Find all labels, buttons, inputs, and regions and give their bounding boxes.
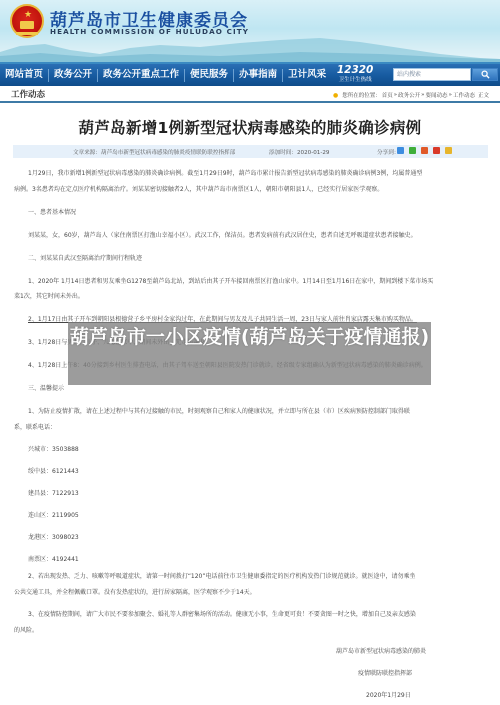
breadcrumb-news[interactable]: 要闻动态 [426,91,448,99]
paragraph: 系，联系电话： [14,424,488,432]
site-banner: ★ 葫芦岛市卫生健康委员会 HEALTH COMMISSION OF HULUD… [0,0,500,64]
breadcrumb-home[interactable]: 首页 [382,91,393,99]
nav-services[interactable]: 便民服务 [185,64,233,86]
paragraph: 1月29日，我市新增1例新型冠状病毒感染的肺炎确诊病例。截至1月29日9时，葫芦… [14,170,488,178]
caption-text: 葫芦岛市一小区疫情(葫芦岛关于疫情通报) [68,324,431,350]
nav-guide[interactable]: 办事指南 [234,64,282,86]
section-heading: 三、温馨提示 [14,385,488,393]
favorite-icon[interactable] [445,147,452,154]
paragraph: 公共交通工具，并全程佩戴口罩。没有发热症状的，进行居家隔离，医学观察不少于14天… [14,589,488,597]
search-button[interactable] [472,68,498,81]
paragraph: 2、若出现发热、乏力、咳嗽等呼吸道症状，请第一时间拨打“120”电话前往市卫生健… [14,573,488,581]
source-value: 葫芦岛市新型冠状病毒感染的肺炎疫情联防联控指挥部 [101,150,235,156]
section-heading: 一、患者基本情况 [14,209,488,217]
breadcrumb-separator: » [394,92,397,98]
section-bar: 工作动态 ● 您所在的位置： 首页 » 政务公开 » 要闻动态 » 工作动态 正… [0,86,500,103]
contact-phone: 3098023 [52,534,79,541]
renren-icon[interactable] [421,147,428,154]
contact-name: 建昌县 [28,490,46,497]
contact-phone: 3503888 [52,446,79,453]
article-title: 葫芦岛新增1例新型冠状病毒感染的肺炎确诊病例 [0,116,500,138]
contact-name: 兴城市 [28,446,46,453]
time-label: 添加时间： [269,150,297,156]
search-icon [481,70,490,79]
contact-row: 南票区：4192441 [14,556,488,564]
paragraph: 3、在疫情防控期间，请广大市民不要参加聚会、婚礼等人群密集场所的活动。健康无小事… [14,611,488,619]
nav-key-work[interactable]: 政务公开重点工作 [98,64,184,86]
contact-name: 绥中县 [28,468,46,475]
contact-phone: 2119905 [52,512,79,519]
weibo-icon[interactable] [433,147,440,154]
signature-date: 2020年1月29日 [366,692,486,700]
qzone-icon[interactable] [397,147,404,154]
breadcrumb-prefix: 您所在的位置： [342,91,381,99]
contact-name: 龙港区 [28,534,46,541]
wechat-icon[interactable] [409,147,416,154]
share-icons [397,147,452,154]
hotline-caption: 卫生计生热线 [334,76,376,84]
contact-phone: 6121443 [52,468,79,475]
nav-gallery[interactable]: 卫计风采 [283,64,331,86]
paragraph: 菜1次，其它时间未外出。 [14,293,488,301]
contact-row: 绥中县：6121443 [14,468,488,476]
paragraph: 1、2020年 1月14日患者和男友乘坐G1278至葫芦岛北站，到站后由其子开车… [14,278,488,286]
contact-row: 龙港区：3098023 [14,534,488,542]
time-value: 2020-01-29 [297,150,330,156]
contact-name: 南票区 [28,556,46,563]
hotline-badge[interactable]: 12320 卫生计生热线 [334,64,376,86]
signature-line: 葫芦岛市新型冠状病毒感染的肺炎 [336,648,496,656]
bullet-icon: ● [333,92,338,99]
paragraph: 病例。3名患者均在定点医疗机构隔离治疗。刘某某密切接触者2人，其中葫芦岛市南票区… [14,186,488,194]
source-label: 文章来源： [73,150,101,156]
mountains-decoration [0,34,500,62]
contact-name: 连山区 [28,512,46,519]
contact-row: 兴城市：3503888 [14,446,488,454]
article-time: 添加时间：2020-01-29 [269,148,330,156]
breadcrumb-work-news[interactable]: 工作动态 [453,91,475,99]
article-source: 文章来源：葫芦岛市新型冠状病毒感染的肺炎疫情联防联控指挥部 [73,148,235,156]
paragraph: 的风险。 [14,627,488,635]
nav-gov-affairs[interactable]: 政务公开 [49,64,97,86]
breadcrumb-separator: » [449,92,452,98]
section-title: 工作动态 [11,88,45,100]
contact-row: 连山区：2119905 [14,512,488,520]
site-subtitle: HEALTH COMMISSION OF HULUDAO CITY [50,27,249,36]
hotline-number: 12320 [334,64,376,76]
national-emblem-icon: ★ [10,4,44,38]
search-input[interactable]: 站内搜索 [393,68,471,81]
breadcrumb: ● 您所在的位置： 首页 » 政务公开 » 要闻动态 » 工作动态 正文 [333,91,489,99]
nav-home[interactable]: 网站首页 [0,64,48,86]
contact-phone: 4192441 [52,556,79,563]
signature-line: 疫情联防联控指挥部 [358,670,478,678]
section-heading: 二、刘某某自武汉至隔离治疗期间行程轨迹 [14,255,488,263]
paragraph: 刘某某，女，60岁，葫芦岛人（家住南票区打渔山幸福小区）。武汉工作，保洁员。患者… [14,232,488,240]
article-meta: 文章来源：葫芦岛市新型冠状病毒感染的肺炎疫情联防联控指挥部 添加时间：2020-… [13,145,488,158]
breadcrumb-gov-affairs[interactable]: 政务公开 [398,91,420,99]
paragraph: 1、为防止疫情扩散，请在上述过程中与其有过接触的市民，时刻观察自己和家人的健康状… [14,408,488,416]
breadcrumb-separator: » [421,92,424,98]
contact-phone: 7122913 [52,490,79,497]
contact-row: 建昌县：7122913 [14,490,488,498]
breadcrumb-current: 正文 [478,91,489,99]
